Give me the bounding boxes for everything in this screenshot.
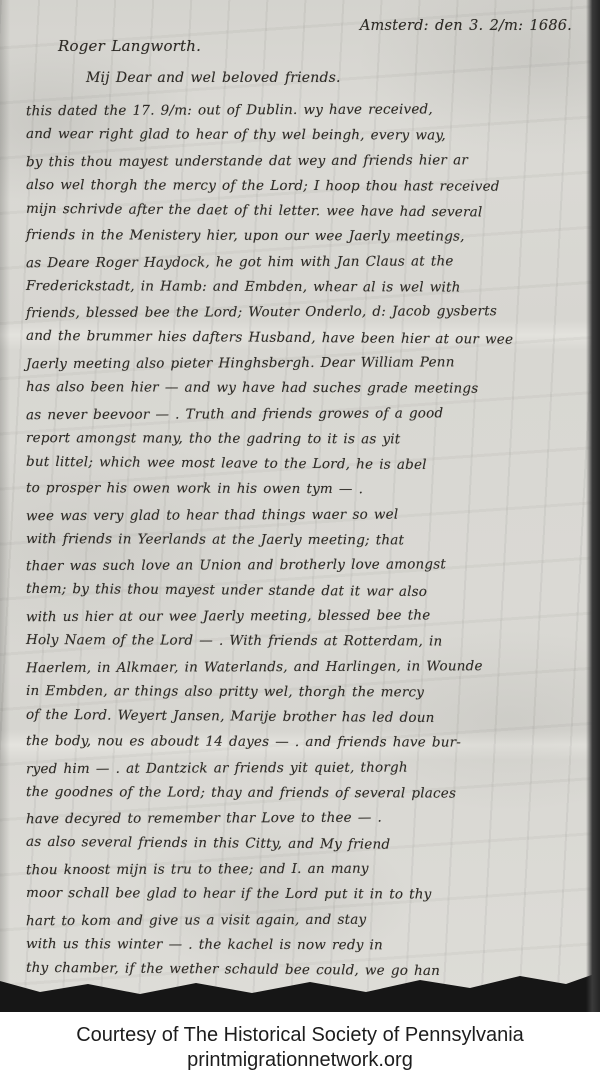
letter-line: the body, nou es aboudt 14 dayes — . and… [26, 729, 584, 756]
letter-line: Jaerly meeting also pieter Hinghsbergh. … [26, 350, 584, 378]
letter-line: in Embden, ar things also pritty wel, th… [26, 679, 584, 706]
letter-salutation: Mij Dear and wel beloved friends. [86, 66, 341, 91]
letter-line: has also been hier — and wy have had suc… [26, 375, 584, 402]
letter-line: thy chamber, if the wether schauld bee c… [26, 956, 584, 986]
scanned-letter-page: Roger Langworth. Amsterd: den 3. 2/m: 16… [0, 0, 600, 1080]
letter-line: friends in the Menistery hier, upon our … [26, 224, 584, 251]
letter-line: wee was very glad to hear thad things wa… [26, 502, 584, 530]
letter-line: with us hier at our wee Jaerly meeting, … [26, 603, 584, 631]
letter-line: also wel thorgh the mercy of the Lord; I… [26, 173, 584, 200]
letter-addressee: Roger Langworth. [58, 34, 201, 59]
letter-line: have decyred to remember thar Love to th… [26, 805, 584, 833]
paper-left-shade [0, 0, 10, 1000]
handwritten-letter: Roger Langworth. Amsterd: den 3. 2/m: 16… [0, 14, 600, 983]
letter-line: as also several friends in this Citty, a… [26, 829, 584, 859]
letter-body: this dated the 17. 9/m: out of Dublin. w… [26, 98, 584, 983]
letter-line: but littel; which wee most leave to the … [26, 450, 584, 480]
letter-line: ryed him — . at Dantzick ar friends yit … [26, 755, 584, 783]
manuscript-scan: Roger Langworth. Amsterd: den 3. 2/m: 16… [0, 0, 600, 1012]
letter-line: hart to kom and give us a visit again, a… [26, 906, 584, 934]
letter-line: this dated the 17. 9/m: out of Dublin. w… [26, 97, 584, 125]
letter-line: Frederickstadt, in Hamb: and Embden, whe… [26, 274, 584, 301]
letter-line: with us this winter — . the kachel is no… [26, 932, 584, 959]
letter-line: with friends in Yeerlands at the Jaerly … [26, 527, 584, 554]
letter-line: Haerlem, in Alkmaer, in Waterlands, and … [26, 653, 584, 681]
letter-line: the goodnes of the Lord; thay and friend… [26, 780, 584, 807]
caption-courtesy-text: Courtesy of The Historical Society of Pe… [0, 1023, 600, 1048]
letter-heading: Roger Langworth. Amsterd: den 3. 2/m: 16… [26, 14, 584, 98]
letter-line: friends, blessed bee the Lord; Wouter On… [26, 299, 584, 327]
caption-strip: Courtesy of The Historical Society of Pe… [0, 1012, 600, 1080]
letter-line: report amongst many, tho the gadring to … [26, 426, 584, 453]
letter-line: them; by this thou mayest under stande d… [26, 576, 584, 606]
letter-line: mijn schrivde after the daet of thi lett… [26, 197, 584, 227]
scan-right-edge [586, 0, 600, 1012]
letter-line: as Deare Roger Haydock, he got him with … [26, 249, 584, 277]
letter-line: moor schall bee glad to hear if the Lord… [26, 881, 584, 908]
letter-line: Holy Naem of the Lord — . With friends a… [26, 628, 584, 655]
letter-dateline: Amsterd: den 3. 2/m: 1686. [360, 14, 572, 39]
letter-line: thaer was such love an Union and brother… [26, 552, 584, 580]
letter-line: and wear right glad to hear of thy wel b… [26, 122, 584, 149]
letter-line: of the Lord. Weyert Jansen, Marije broth… [26, 703, 584, 733]
letter-line: by this thou mayest understande dat wey … [26, 147, 584, 175]
letter-line: and the brummer hies dafters Husband, ha… [26, 323, 584, 353]
letter-paper: Roger Langworth. Amsterd: den 3. 2/m: 16… [0, 0, 600, 1000]
caption-website-text: printmigrationnetwork.org [0, 1048, 600, 1073]
letter-line: as never beevoor — . Truth and friends g… [26, 400, 584, 428]
letter-line: to prosper his owen work in his owen tym… [26, 476, 584, 503]
letter-line: thou knoost mijn is tru to thee; and I. … [26, 856, 584, 884]
